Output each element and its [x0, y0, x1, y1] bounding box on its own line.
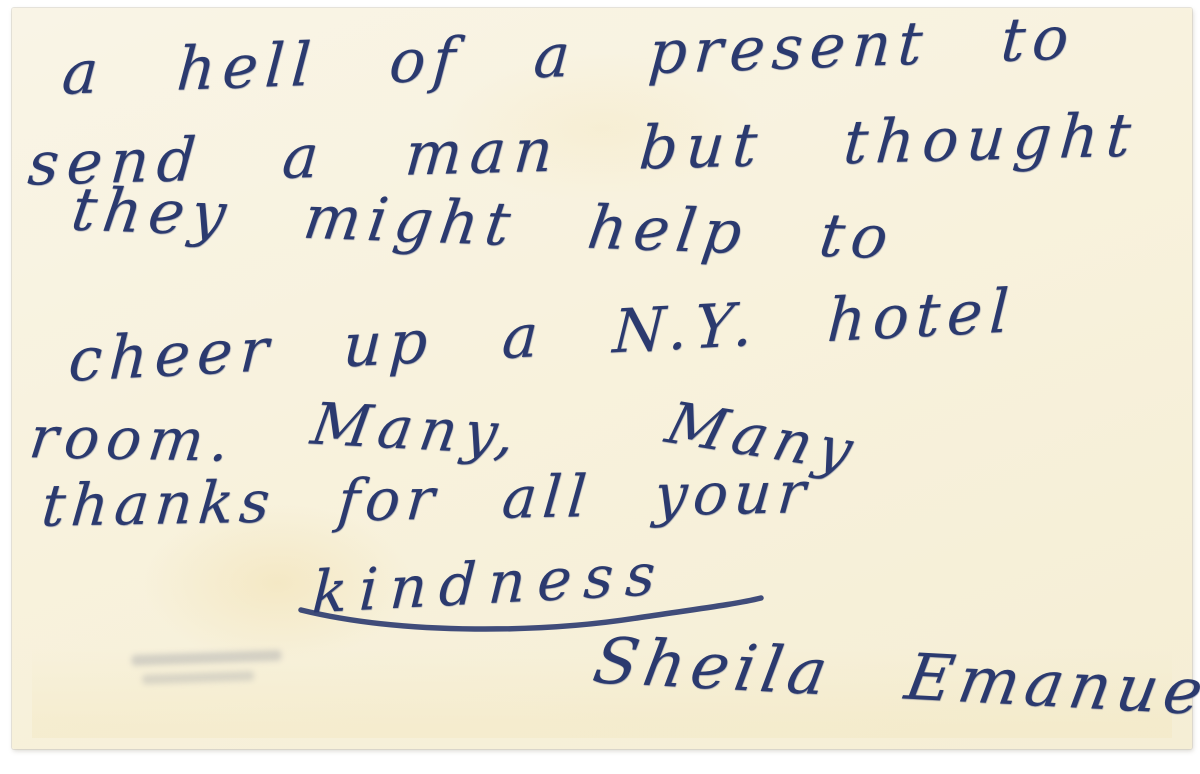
letter-paper: a hell of a present to send a man but th…: [12, 8, 1192, 749]
faint-stamp-mark: [123, 641, 310, 705]
handwritten-line-4: cheer up a N.Y. hotel: [67, 281, 1017, 391]
handwritten-line-6: thanks for all your: [40, 463, 814, 535]
handwritten-line-5: room.: [26, 408, 239, 469]
handwritten-line-3: they might help to: [68, 180, 899, 268]
handwritten-line-5-word-many-1: Many,: [308, 395, 527, 464]
signature: Sheila Emanuel: [589, 629, 1200, 726]
scan-background: a hell of a present to send a man but th…: [0, 0, 1200, 774]
handwritten-line-1: a hell of a present to: [60, 8, 1077, 104]
